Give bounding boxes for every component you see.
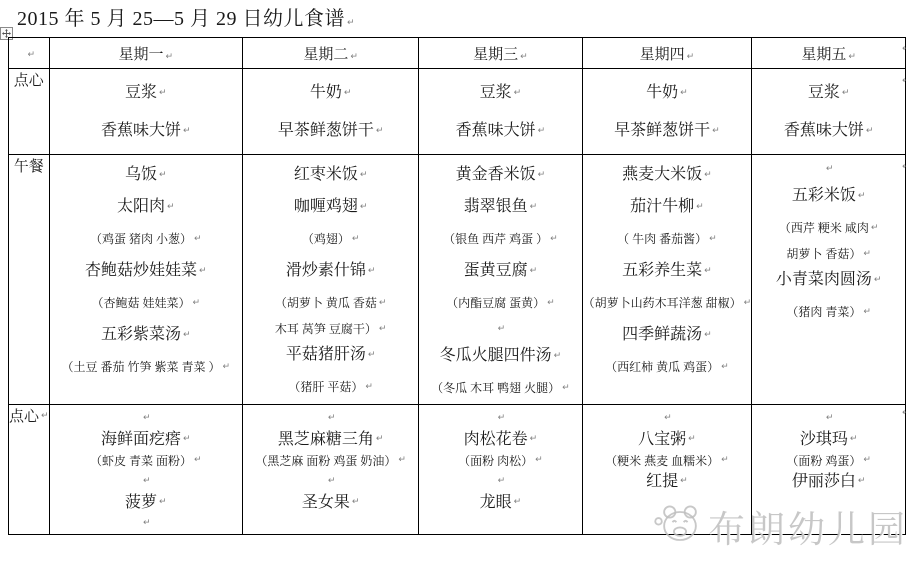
row-end-mark: ↵ <box>902 44 906 54</box>
line-text: （虾皮 青菜 面粉） <box>90 455 192 467</box>
menu-cell: 豆浆↵香蕉味大饼↵ <box>419 69 582 155</box>
menu-item-line: 红提↵ <box>583 471 752 492</box>
paragraph-mark: ↵ <box>514 498 522 507</box>
menu-table-body: 点心豆浆↵香蕉味大饼↵牛奶↵早茶鲜葱饼干↵豆浆↵香蕉味大饼↵牛奶↵早茶鲜葱饼干↵… <box>9 69 906 535</box>
line-text: 黄金香米饭 <box>456 167 536 183</box>
menu-item-line: 燕麦大米饭↵ <box>583 159 752 191</box>
paragraph-mark: ↵ <box>688 435 696 444</box>
meal-label: 点心 <box>9 405 39 426</box>
line-text: 蛋黄豆腐 <box>464 263 528 279</box>
menu-item-line: 五彩紫菜汤↵ <box>50 319 242 351</box>
menu-item-line: 香蕉味大饼↵ <box>419 112 581 150</box>
paragraph-mark: ↵ <box>550 235 558 244</box>
line-text: （粳米 燕麦 血糯米） <box>605 455 719 467</box>
blank-line: ↵ <box>50 408 242 429</box>
ingredient-line: （西芹 粳米 咸肉↵ <box>752 212 905 244</box>
row-end-mark: ↵ <box>902 162 906 172</box>
paragraph-mark: ↵ <box>562 384 570 393</box>
line-text: （黑芝麻 面粉 鸡蛋 奶油） <box>255 455 396 467</box>
line-text: 豆浆 <box>480 85 512 101</box>
menu-item-line: 蛋黄豆腐↵ <box>419 255 581 287</box>
paragraph-mark: ↵ <box>360 203 368 212</box>
paragraph-mark: ↵ <box>866 127 874 136</box>
paragraph-mark: ↵ <box>379 325 387 334</box>
paragraph-mark: ↵ <box>183 127 191 136</box>
paragraph-mark: ↵ <box>863 308 871 317</box>
paragraph-mark: ↵ <box>709 235 717 244</box>
line-text: 海鲜面疙瘩 <box>101 432 181 448</box>
row-end-mark: ↵ <box>902 408 906 418</box>
line-text: 冬瓜火腿四件汤 <box>440 348 552 364</box>
line-text: 八宝粥 <box>638 432 686 448</box>
menu-item-line: 八宝粥↵ <box>583 429 752 450</box>
ingredient-line: （土豆 番茄 竹笋 紫菜 青菜 ）↵ <box>50 351 242 383</box>
line-text: 沙琪玛 <box>800 432 848 448</box>
paragraph-mark: ↵ <box>514 89 522 98</box>
menu-item-line: 沙琪玛↵ <box>752 429 905 450</box>
day-label: 星期一 <box>118 47 163 63</box>
menu-item-line: 豆浆↵ <box>50 74 242 112</box>
watermark-text: 布朗幼儿园 <box>708 499 906 553</box>
blank-line: ↵ <box>752 159 905 180</box>
line-text: 伊丽莎白 <box>792 474 856 490</box>
blank-line: ↵ <box>243 471 418 492</box>
menu-cell: 乌饭↵太阳肉↵（鸡蛋 猪肉 小葱）↵杏鲍菇炒娃娃菜↵（杏鲍菇 娃娃菜）↵五彩紫菜… <box>49 155 242 405</box>
line-text: 五彩米饭 <box>792 188 856 204</box>
line-text: 燕麦大米饭 <box>622 167 702 183</box>
menu-item-line: 太阳肉↵ <box>50 191 242 223</box>
paragraph-mark: ↵ <box>159 89 167 98</box>
paragraph-mark: ↵ <box>159 171 167 180</box>
ingredient-line: （胡萝卜 黄瓜 香菇↵ <box>243 287 418 319</box>
paragraph-mark: ↵ <box>826 414 834 423</box>
menu-item-line: 菠萝↵ <box>50 492 242 513</box>
line-text: 太阳肉 <box>117 199 165 215</box>
paragraph-mark: ↵ <box>530 267 538 276</box>
paragraph-mark: ↵ <box>183 435 191 444</box>
line-text: 早茶鲜葱饼干 <box>614 123 710 139</box>
menu-item-line: 翡翠银鱼↵ <box>419 191 581 223</box>
paragraph-mark: ↵ <box>328 414 336 423</box>
paragraph-mark: ↵ <box>376 435 384 444</box>
line-text: 平菇猪肝汤 <box>286 347 366 363</box>
line-text: 咖喱鸡翅 <box>294 199 358 215</box>
ingredient-line: （杏鲍菇 娃娃菜）↵ <box>50 287 242 319</box>
paragraph-mark: ↵ <box>696 203 704 212</box>
ingredient-line: 胡萝卜 香菇）↵ <box>752 244 905 264</box>
line-text: （鸡翅） <box>302 233 350 245</box>
document-title-text: 2015 年 5 月 25—5 月 29 日幼儿食谱 <box>17 8 345 30</box>
paragraph-mark: ↵ <box>498 414 506 423</box>
paragraph-mark: ↵ <box>352 235 360 244</box>
menu-item-line: 牛奶↵ <box>243 74 418 112</box>
line-text: 杏鲍菇炒娃娃菜 <box>85 263 197 279</box>
line-text: （杏鲍菇 娃娃菜） <box>91 297 190 309</box>
ingredient-line: （黑芝麻 面粉 鸡蛋 奶油）↵ <box>243 450 418 471</box>
menu-item-line: 肉松花卷↵ <box>419 429 581 450</box>
line-text: 四季鲜蔬汤 <box>622 327 702 343</box>
menu-item-line: 豆浆↵ <box>419 74 581 112</box>
line-text: （ 牛肉 番茄酱） <box>617 233 707 245</box>
menu-table: ↵星期一↵星期二↵星期三↵星期四↵星期五↵ 点心豆浆↵香蕉味大饼↵牛奶↵早茶鲜葱… <box>8 37 906 535</box>
menu-cell: 牛奶↵早茶鲜葱饼干↵ <box>582 69 752 155</box>
line-text: （面粉 肉松） <box>458 455 533 467</box>
line-text: 红提 <box>646 474 678 490</box>
paragraph-mark: ↵ <box>520 52 528 62</box>
menu-item-line: 早茶鲜葱饼干↵ <box>243 112 418 150</box>
ingredient-line: （鸡蛋 猪肉 小葱）↵ <box>50 223 242 255</box>
day-header-cell: 星期三↵ <box>419 38 582 69</box>
line-text: 小青菜肉圆汤 <box>776 272 872 288</box>
blank-line: ↵ <box>243 408 418 429</box>
line-text: 豆浆 <box>125 85 157 101</box>
line-text: （银鱼 西芹 鸡蛋 ） <box>443 233 548 245</box>
paragraph-mark: ↵ <box>183 331 191 340</box>
ingredient-line: （鸡翅）↵ <box>243 223 418 255</box>
line-text: （西红柿 黄瓜 鸡蛋） <box>605 361 719 373</box>
paragraph-mark: ↵ <box>538 171 546 180</box>
menu-item-line: 伊丽莎白↵ <box>752 471 905 492</box>
menu-cell: ↵肉松花卷↵（面粉 肉松）↵↵龙眼↵ <box>419 405 582 535</box>
line-text: （鸡蛋 猪肉 小葱） <box>90 233 192 245</box>
menu-item-line: 黑芝麻糖三角↵ <box>243 429 418 450</box>
watermark: 布朗幼儿园 <box>652 498 906 554</box>
paragraph-mark: ↵ <box>365 383 373 392</box>
paragraph-mark: ↵ <box>222 363 230 372</box>
menu-table-head: ↵星期一↵星期二↵星期三↵星期四↵星期五↵ <box>9 38 906 69</box>
menu-item-line: 四季鲜蔬汤↵ <box>583 319 752 351</box>
line-text: 胡萝卜 香菇） <box>786 248 861 260</box>
ingredient-line: （银鱼 西芹 鸡蛋 ）↵ <box>419 223 581 255</box>
blank-line: ↵ <box>419 408 581 429</box>
paragraph-mark: ↵ <box>535 456 543 465</box>
menu-item-line: 圣女果↵ <box>243 492 418 513</box>
menu-cell: ↵五彩米饭↵（西芹 粳米 咸肉↵胡萝卜 香菇）↵小青菜肉圆汤↵（猪肉 青菜）↵ <box>752 155 906 405</box>
paragraph-mark: ↵ <box>194 235 202 244</box>
menu-row: 点心豆浆↵香蕉味大饼↵牛奶↵早茶鲜葱饼干↵豆浆↵香蕉味大饼↵牛奶↵早茶鲜葱饼干↵… <box>9 69 906 155</box>
line-text: 黑芝麻糖三角 <box>278 432 374 448</box>
ingredient-line: （猪肉 青菜）↵ <box>752 296 905 328</box>
meal-label: 点心 <box>14 69 44 90</box>
menu-item-line: 乌饭↵ <box>50 159 242 191</box>
paragraph-mark: ↵ <box>350 52 358 62</box>
menu-item-line: 海鲜面疙瘩↵ <box>50 429 242 450</box>
paragraph-mark: ↵ <box>687 52 695 62</box>
menu-item-line: 杏鲍菇炒娃娃菜↵ <box>50 255 242 287</box>
paragraph-mark: ↵ <box>744 299 752 308</box>
paragraph-mark: ↵ <box>194 456 202 465</box>
line-text: （猪肝 平菇） <box>288 381 363 393</box>
line-text: 滑炒素什锦 <box>286 263 366 279</box>
paragraph-mark: ↵ <box>143 519 151 528</box>
menu-row: 午餐乌饭↵太阳肉↵（鸡蛋 猪肉 小葱）↵杏鲍菇炒娃娃菜↵（杏鲍菇 娃娃菜）↵五彩… <box>9 155 906 405</box>
paragraph-mark: ↵ <box>498 325 506 334</box>
line-text: 木耳 莴笋 豆腐干） <box>275 323 377 335</box>
menu-cell: ↵海鲜面疙瘩↵（虾皮 青菜 面粉）↵↵菠萝↵↵ <box>49 405 242 535</box>
ingredient-line: （虾皮 青菜 面粉）↵ <box>50 450 242 471</box>
paragraph-mark: ↵ <box>167 203 175 212</box>
menu-cell: 燕麦大米饭↵茄汁牛柳↵（ 牛肉 番茄酱）↵五彩养生菜↵（胡萝卜山药木耳洋葱 甜椒… <box>582 155 752 405</box>
paragraph-mark: ↵ <box>538 127 546 136</box>
paragraph-mark: ↵ <box>721 456 729 465</box>
menu-cell: 豆浆↵香蕉味大饼↵ <box>752 69 906 155</box>
paragraph-mark: ↵ <box>848 52 856 62</box>
day-header-cell: 星期五↵ <box>752 38 906 69</box>
paragraph-mark: ↵ <box>328 477 336 486</box>
line-text: （面粉 鸡蛋） <box>786 455 861 467</box>
line-text: 肉松花卷 <box>464 432 528 448</box>
ingredient-line: 木耳 莴笋 豆腐干）↵ <box>243 319 418 339</box>
meal-label-cell: 点心↵ <box>9 405 50 535</box>
line-text: 香蕉味大饼 <box>101 123 181 139</box>
blank-line: ↵ <box>752 408 905 429</box>
paragraph-mark: ↵ <box>530 203 538 212</box>
paragraph-mark: ↵ <box>41 411 49 421</box>
paragraph-mark: ↵ <box>704 171 712 180</box>
line-text: （胡萝卜山药木耳洋葱 甜椒） <box>583 297 742 309</box>
paragraph-mark: ↵ <box>344 89 352 98</box>
line-text: 乌饭 <box>125 167 157 183</box>
blank-line: ↵ <box>419 319 581 340</box>
menu-item-line: 冬瓜火腿四件汤↵ <box>419 340 581 372</box>
paragraph-mark: ↵ <box>159 498 167 507</box>
menu-item-line: 黄金香米饭↵ <box>419 159 581 191</box>
line-text: 香蕉味大饼 <box>456 123 536 139</box>
paragraph-mark: ↵ <box>360 171 368 180</box>
paragraph-mark: ↵ <box>165 52 173 62</box>
paragraph-mark: ↵ <box>192 299 200 308</box>
paragraph-mark: ↵ <box>712 127 720 136</box>
paragraph-mark: ↵ <box>863 250 871 259</box>
menu-item-line: 红枣米饭↵ <box>243 159 418 191</box>
paragraph-mark: ↵ <box>143 414 151 423</box>
line-text: （冬瓜 木耳 鸭翅 火腿） <box>431 382 560 394</box>
line-text: 茄汁牛柳 <box>630 199 694 215</box>
paragraph-mark: ↵ <box>858 477 866 486</box>
menu-item-line: 小青菜肉圆汤↵ <box>752 264 905 296</box>
blank-line: ↵ <box>50 513 242 534</box>
line-text: 翡翠银鱼 <box>464 199 528 215</box>
menu-cell: 红枣米饭↵咖喱鸡翅↵（鸡翅）↵滑炒素什锦↵（胡萝卜 黄瓜 香菇↵木耳 莴笋 豆腐… <box>242 155 418 405</box>
paragraph-mark: ↵ <box>826 165 834 174</box>
paragraph-mark: ↵ <box>704 331 712 340</box>
paragraph-mark: ↵ <box>547 299 555 308</box>
ingredient-line: （冬瓜 木耳 鸭翅 火腿）↵ <box>419 372 581 404</box>
menu-cell: 黄金香米饭↵翡翠银鱼↵（银鱼 西芹 鸡蛋 ）↵蛋黄豆腐↵（内酯豆腐 蛋黄）↵↵冬… <box>419 155 582 405</box>
paragraph-mark: ↵ <box>398 456 406 465</box>
menu-item-line: 滑炒素什锦↵ <box>243 255 418 287</box>
paragraph-mark: ↵ <box>850 435 858 444</box>
bear-face-icon <box>652 498 708 554</box>
menu-item-line: 咖喱鸡翅↵ <box>243 191 418 223</box>
paragraph-mark: ↵ <box>680 89 688 98</box>
paragraph-mark: ↵ <box>664 414 672 423</box>
line-text: 豆浆 <box>808 85 840 101</box>
paragraph-mark: ↵ <box>368 267 376 276</box>
meal-label: 午餐 <box>14 155 44 176</box>
menu-item-line: 香蕉味大饼↵ <box>50 112 242 150</box>
line-text: （西芹 粳米 咸肉 <box>779 222 869 234</box>
day-header-cell: 星期二↵ <box>242 38 418 69</box>
blank-line: ↵ <box>419 471 581 492</box>
paragraph-mark: ↵ <box>721 363 729 372</box>
menu-cell: 牛奶↵早茶鲜葱饼干↵ <box>242 69 418 155</box>
paragraph-mark: ↵ <box>352 498 360 507</box>
line-text: （土豆 番茄 竹笋 紫菜 青菜 ） <box>61 361 220 373</box>
blank-line: ↵ <box>50 471 242 492</box>
paragraph-mark: ↵ <box>554 352 562 361</box>
day-label: 星期二 <box>303 47 348 63</box>
paragraph-mark: ↵ <box>704 267 712 276</box>
line-text: （胡萝卜 黄瓜 香菇 <box>275 297 377 309</box>
day-label: 星期三 <box>473 47 518 63</box>
line-text: 牛奶 <box>310 85 342 101</box>
blank-line: ↵ <box>583 408 752 429</box>
menu-item-line: 早茶鲜葱饼干↵ <box>583 112 752 150</box>
menu-item-line: 五彩米饭↵ <box>752 180 905 212</box>
ingredient-line: （面粉 肉松）↵ <box>419 450 581 471</box>
line-text: 香蕉味大饼 <box>784 123 864 139</box>
paragraph-mark: ↵ <box>530 435 538 444</box>
paragraph-mark: ↵ <box>143 477 151 486</box>
line-text: 红枣米饭 <box>294 167 358 183</box>
row-end-mark: ↵ <box>902 76 906 86</box>
paragraph-mark: ↵ <box>379 299 387 308</box>
day-header-cell: 星期四↵ <box>582 38 752 69</box>
line-text: 圣女果 <box>302 495 350 511</box>
ingredient-line: （西红柿 黄瓜 鸡蛋）↵ <box>583 351 752 383</box>
menu-cell: 豆浆↵香蕉味大饼↵ <box>49 69 242 155</box>
line-text: （猪肉 青菜） <box>786 306 861 318</box>
menu-cell: ↵黑芝麻糖三角↵（黑芝麻 面粉 鸡蛋 奶油）↵↵圣女果↵ <box>242 405 418 535</box>
paragraph-mark: ↵ <box>680 477 688 486</box>
ingredient-line: （猪肝 平菇）↵ <box>243 371 418 403</box>
line-text: 龙眼 <box>480 495 512 511</box>
ingredient-line: （胡萝卜山药木耳洋葱 甜椒）↵ <box>583 287 752 319</box>
ingredient-line: （ 牛肉 番茄酱）↵ <box>583 223 752 255</box>
line-text: （内酯豆腐 蛋黄） <box>446 297 545 309</box>
day-label: 星期五 <box>801 47 846 63</box>
ingredient-line: （内酯豆腐 蛋黄）↵ <box>419 287 581 319</box>
menu-item-line: 龙眼↵ <box>419 492 581 513</box>
menu-item-line: 牛奶↵ <box>583 74 752 112</box>
ingredient-line: （粳米 燕麦 血糯米）↵ <box>583 450 752 471</box>
document-title: 2015 年 5 月 25—5 月 29 日幼儿食谱↵ <box>17 2 355 31</box>
meal-label-cell: 点心 <box>9 69 50 155</box>
line-text: 菠萝 <box>125 495 157 511</box>
paragraph-mark: ↵ <box>842 89 850 98</box>
line-text: 牛奶 <box>646 85 678 101</box>
paragraph-mark: ↵ <box>347 18 355 28</box>
menu-item-line: 平菇猪肝汤↵ <box>243 339 418 371</box>
menu-item-line: 五彩养生菜↵ <box>583 255 752 287</box>
paragraph-mark: ↵ <box>863 456 871 465</box>
line-text: 早茶鲜葱饼干 <box>278 123 374 139</box>
paragraph-mark: ↵ <box>498 477 506 486</box>
paragraph-mark: ↵ <box>199 267 207 276</box>
line-text: 五彩养生菜 <box>622 263 702 279</box>
paragraph-mark: ↵ <box>874 276 882 285</box>
paragraph-mark: ↵ <box>871 224 879 233</box>
header-row: ↵星期一↵星期二↵星期三↵星期四↵星期五↵ <box>9 38 906 69</box>
menu-item-line: 香蕉味大饼↵ <box>752 112 905 150</box>
day-label: 星期四 <box>640 47 685 63</box>
paragraph-mark: ↵ <box>368 351 376 360</box>
menu-item-line: 豆浆↵ <box>752 74 905 112</box>
day-header-cell: 星期一↵ <box>49 38 242 69</box>
menu-item-line: 茄汁牛柳↵ <box>583 191 752 223</box>
ingredient-line: （面粉 鸡蛋）↵ <box>752 450 905 471</box>
paragraph-mark: ↵ <box>28 50 36 60</box>
corner-cell: ↵ <box>9 38 50 69</box>
paragraph-mark: ↵ <box>376 127 384 136</box>
meal-label-cell: 午餐 <box>9 155 50 405</box>
line-text: 五彩紫菜汤 <box>101 327 181 343</box>
paragraph-mark: ↵ <box>858 192 866 201</box>
